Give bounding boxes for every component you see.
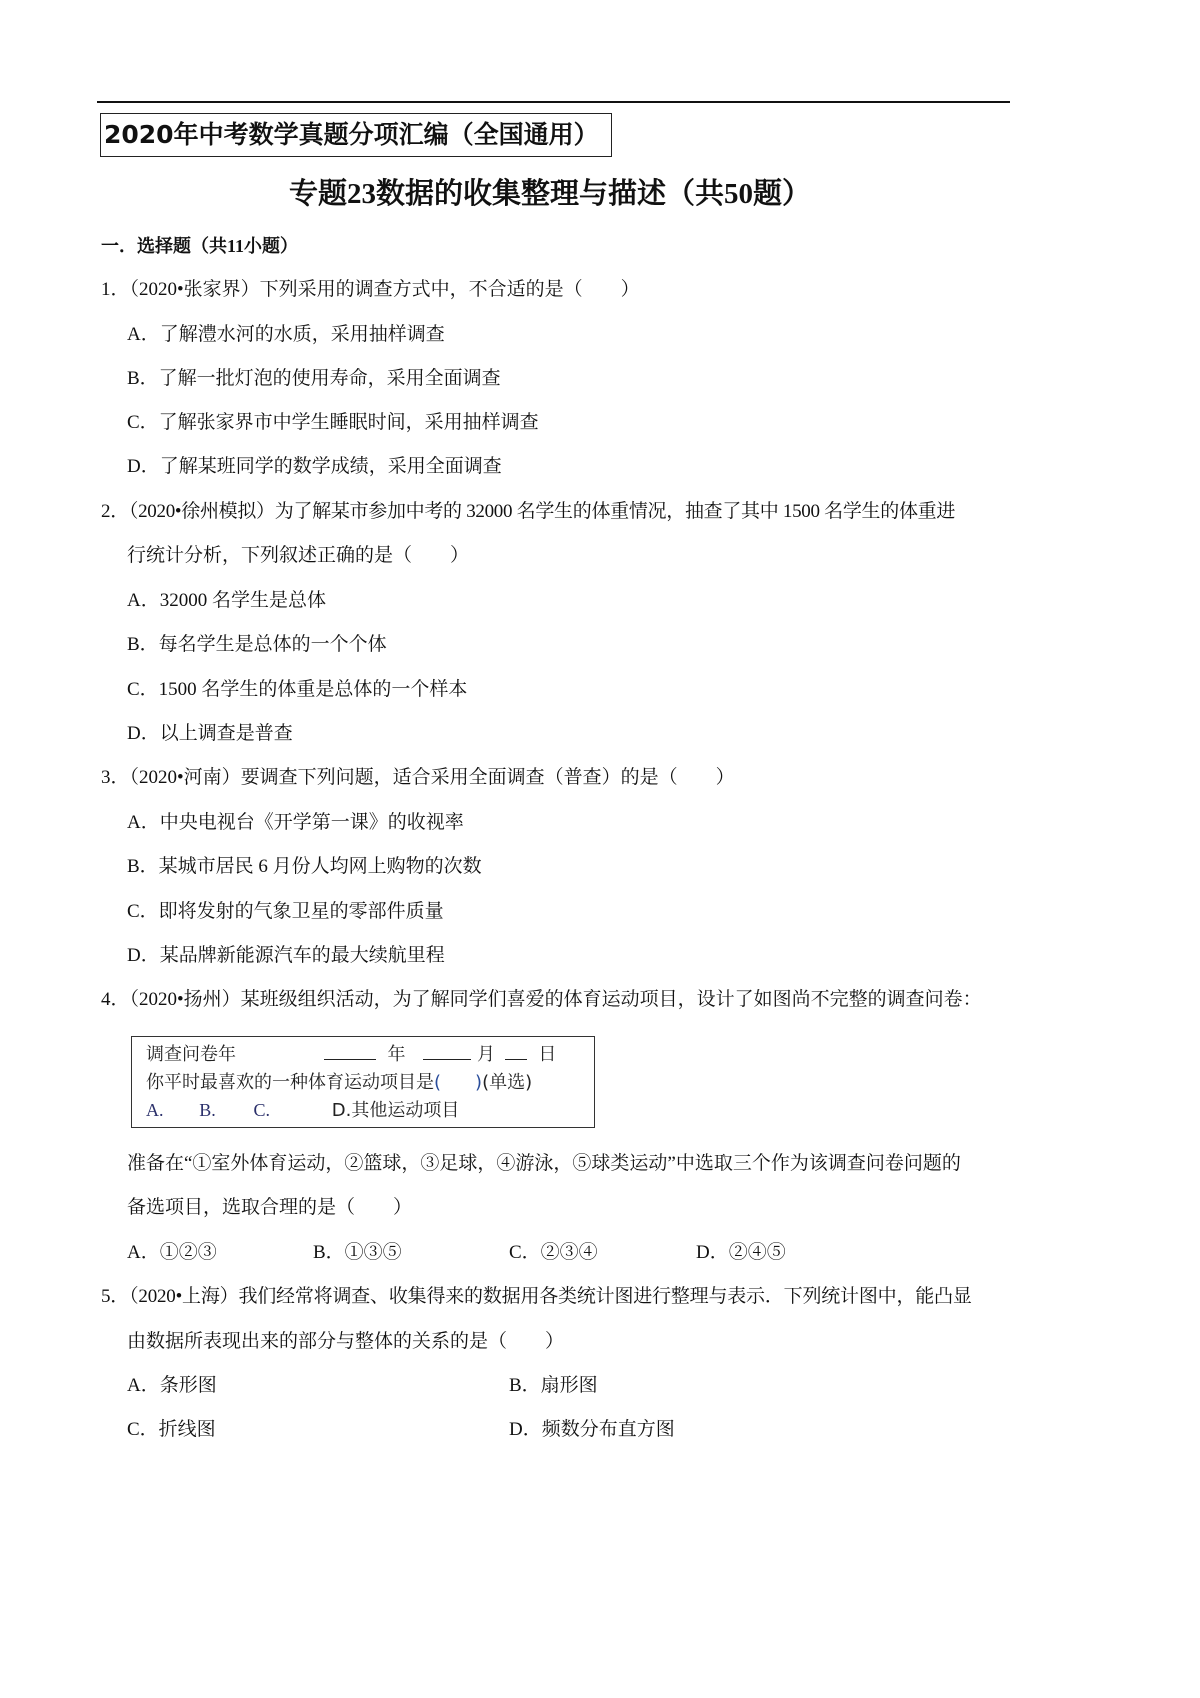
- question-4-context-line-1: 准备在“①室外体育运动，②篮球，③足球，④游泳，⑤球类运动”中选取三个作为该调查…: [127, 1150, 961, 1178]
- survey-questionnaire-figure: 调查问卷年 年 月 日 你平时最喜欢的一种体育运动项目是()(单选) A. B.…: [131, 1036, 595, 1128]
- question-2-stem-line-2: 行统计分析，下列叙述正确的是（ ）: [127, 542, 469, 570]
- document-title: 专题23数据的收集整理与描述（共50题）: [0, 174, 1100, 214]
- survey-option-a: A.: [146, 1100, 164, 1120]
- day-label: 日: [538, 1044, 556, 1065]
- question-4-option-a: A．①②③: [127, 1239, 217, 1267]
- survey-question-row: 你平时最喜欢的一种体育运动项目是()(单选): [146, 1071, 532, 1095]
- section-heading: 一．选择题（共11小题）: [101, 232, 298, 260]
- question-2-option-d: D．以上调查是普查: [127, 720, 293, 748]
- topic-title: 专题23数据的收集整理与描述（共50题）: [289, 174, 811, 214]
- survey-question-text: 你平时最喜欢的一种体育运动项目是: [146, 1072, 434, 1093]
- question-4-option-c: C．②③④: [509, 1239, 598, 1267]
- question-5-option-b: B．扇形图: [509, 1372, 598, 1400]
- survey-option-c: C.: [253, 1100, 270, 1120]
- question-4-stem: 4．（2020•扬州）某班级组织活动，为了解同学们喜爱的体育运动项目，设计了如图…: [101, 986, 982, 1014]
- question-1-option-d: D．了解某班同学的数学成绩，采用全面调查: [127, 453, 502, 481]
- header-rule: [97, 101, 1010, 103]
- question-2-stem-line-1: 2．（2020•徐州模拟）为了解某市参加中考的 32000 名学生的体重情况，抽…: [101, 498, 955, 526]
- question-1-option-b: B．了解一批灯泡的使用寿命，采用全面调查: [127, 365, 501, 393]
- question-5-option-a: A．条形图: [127, 1372, 217, 1400]
- question-2-option-a: A．32000 名学生是总体: [127, 587, 326, 615]
- question-3-option-b: B．某城市居民 6 月份人均网上购物的次数: [127, 853, 482, 881]
- question-2-option-c: C．1500 名学生的体重是总体的一个样本: [127, 676, 467, 704]
- month-blank: [423, 1043, 471, 1060]
- question-2-option-b: B．每名学生是总体的一个个体: [127, 631, 387, 659]
- survey-date-label: 调查问卷年: [146, 1044, 236, 1065]
- answer-paren-close: ): [475, 1072, 482, 1093]
- question-3-option-d: D．某品牌新能源汽车的最大续航里程: [127, 942, 445, 970]
- year-blank: [324, 1043, 376, 1060]
- question-5-option-c: C．折线图: [127, 1416, 216, 1444]
- survey-options-row: A. B. C. D.其他运动项目: [146, 1098, 459, 1123]
- question-1-stem: 1．（2020•张家界）下列采用的调查方式中，不合适的是（ ）: [101, 276, 640, 304]
- question-3-option-c: C．即将发射的气象卫星的零部件质量: [127, 898, 444, 926]
- answer-paren-open: (: [434, 1072, 441, 1093]
- question-5-stem-line-1: 5．（2020•上海）我们经常将调查、收集得来的数据用各类统计图进行整理与表示．…: [101, 1283, 972, 1311]
- question-4-option-b: B．①③⑤: [313, 1239, 402, 1267]
- question-3-option-a: A．中央电视台《开学第一课》的收视率: [127, 809, 464, 837]
- survey-option-d: D.其他运动项目: [332, 1100, 460, 1121]
- question-1-option-c: C．了解张家界市中学生睡眠时间，采用抽样调查: [127, 409, 539, 437]
- single-choice-label: (单选): [482, 1072, 532, 1093]
- question-5-option-d: D．频数分布直方图: [509, 1416, 675, 1444]
- question-1-option-a: A．了解澧水河的水质，采用抽样调查: [127, 321, 445, 349]
- survey-date-row: 调查问卷年 年 月 日: [146, 1043, 556, 1067]
- question-5-stem-line-2: 由数据所表现出来的部分与整体的关系的是（ ）: [127, 1328, 564, 1356]
- month-label: 月: [477, 1044, 495, 1065]
- year-label: 年: [387, 1044, 405, 1065]
- question-4-option-d: D．②④⑤: [696, 1239, 786, 1267]
- collection-title: 2020年中考数学真题分项汇编（全国通用）: [100, 113, 612, 157]
- survey-option-b: B.: [199, 1100, 216, 1120]
- day-blank: [505, 1043, 527, 1060]
- question-3-stem: 3．（2020•河南）要调查下列问题，适合采用全面调查（普查）的是（ ）: [101, 764, 735, 792]
- question-4-context-line-2: 备选项目，选取合理的是（ ）: [127, 1194, 412, 1222]
